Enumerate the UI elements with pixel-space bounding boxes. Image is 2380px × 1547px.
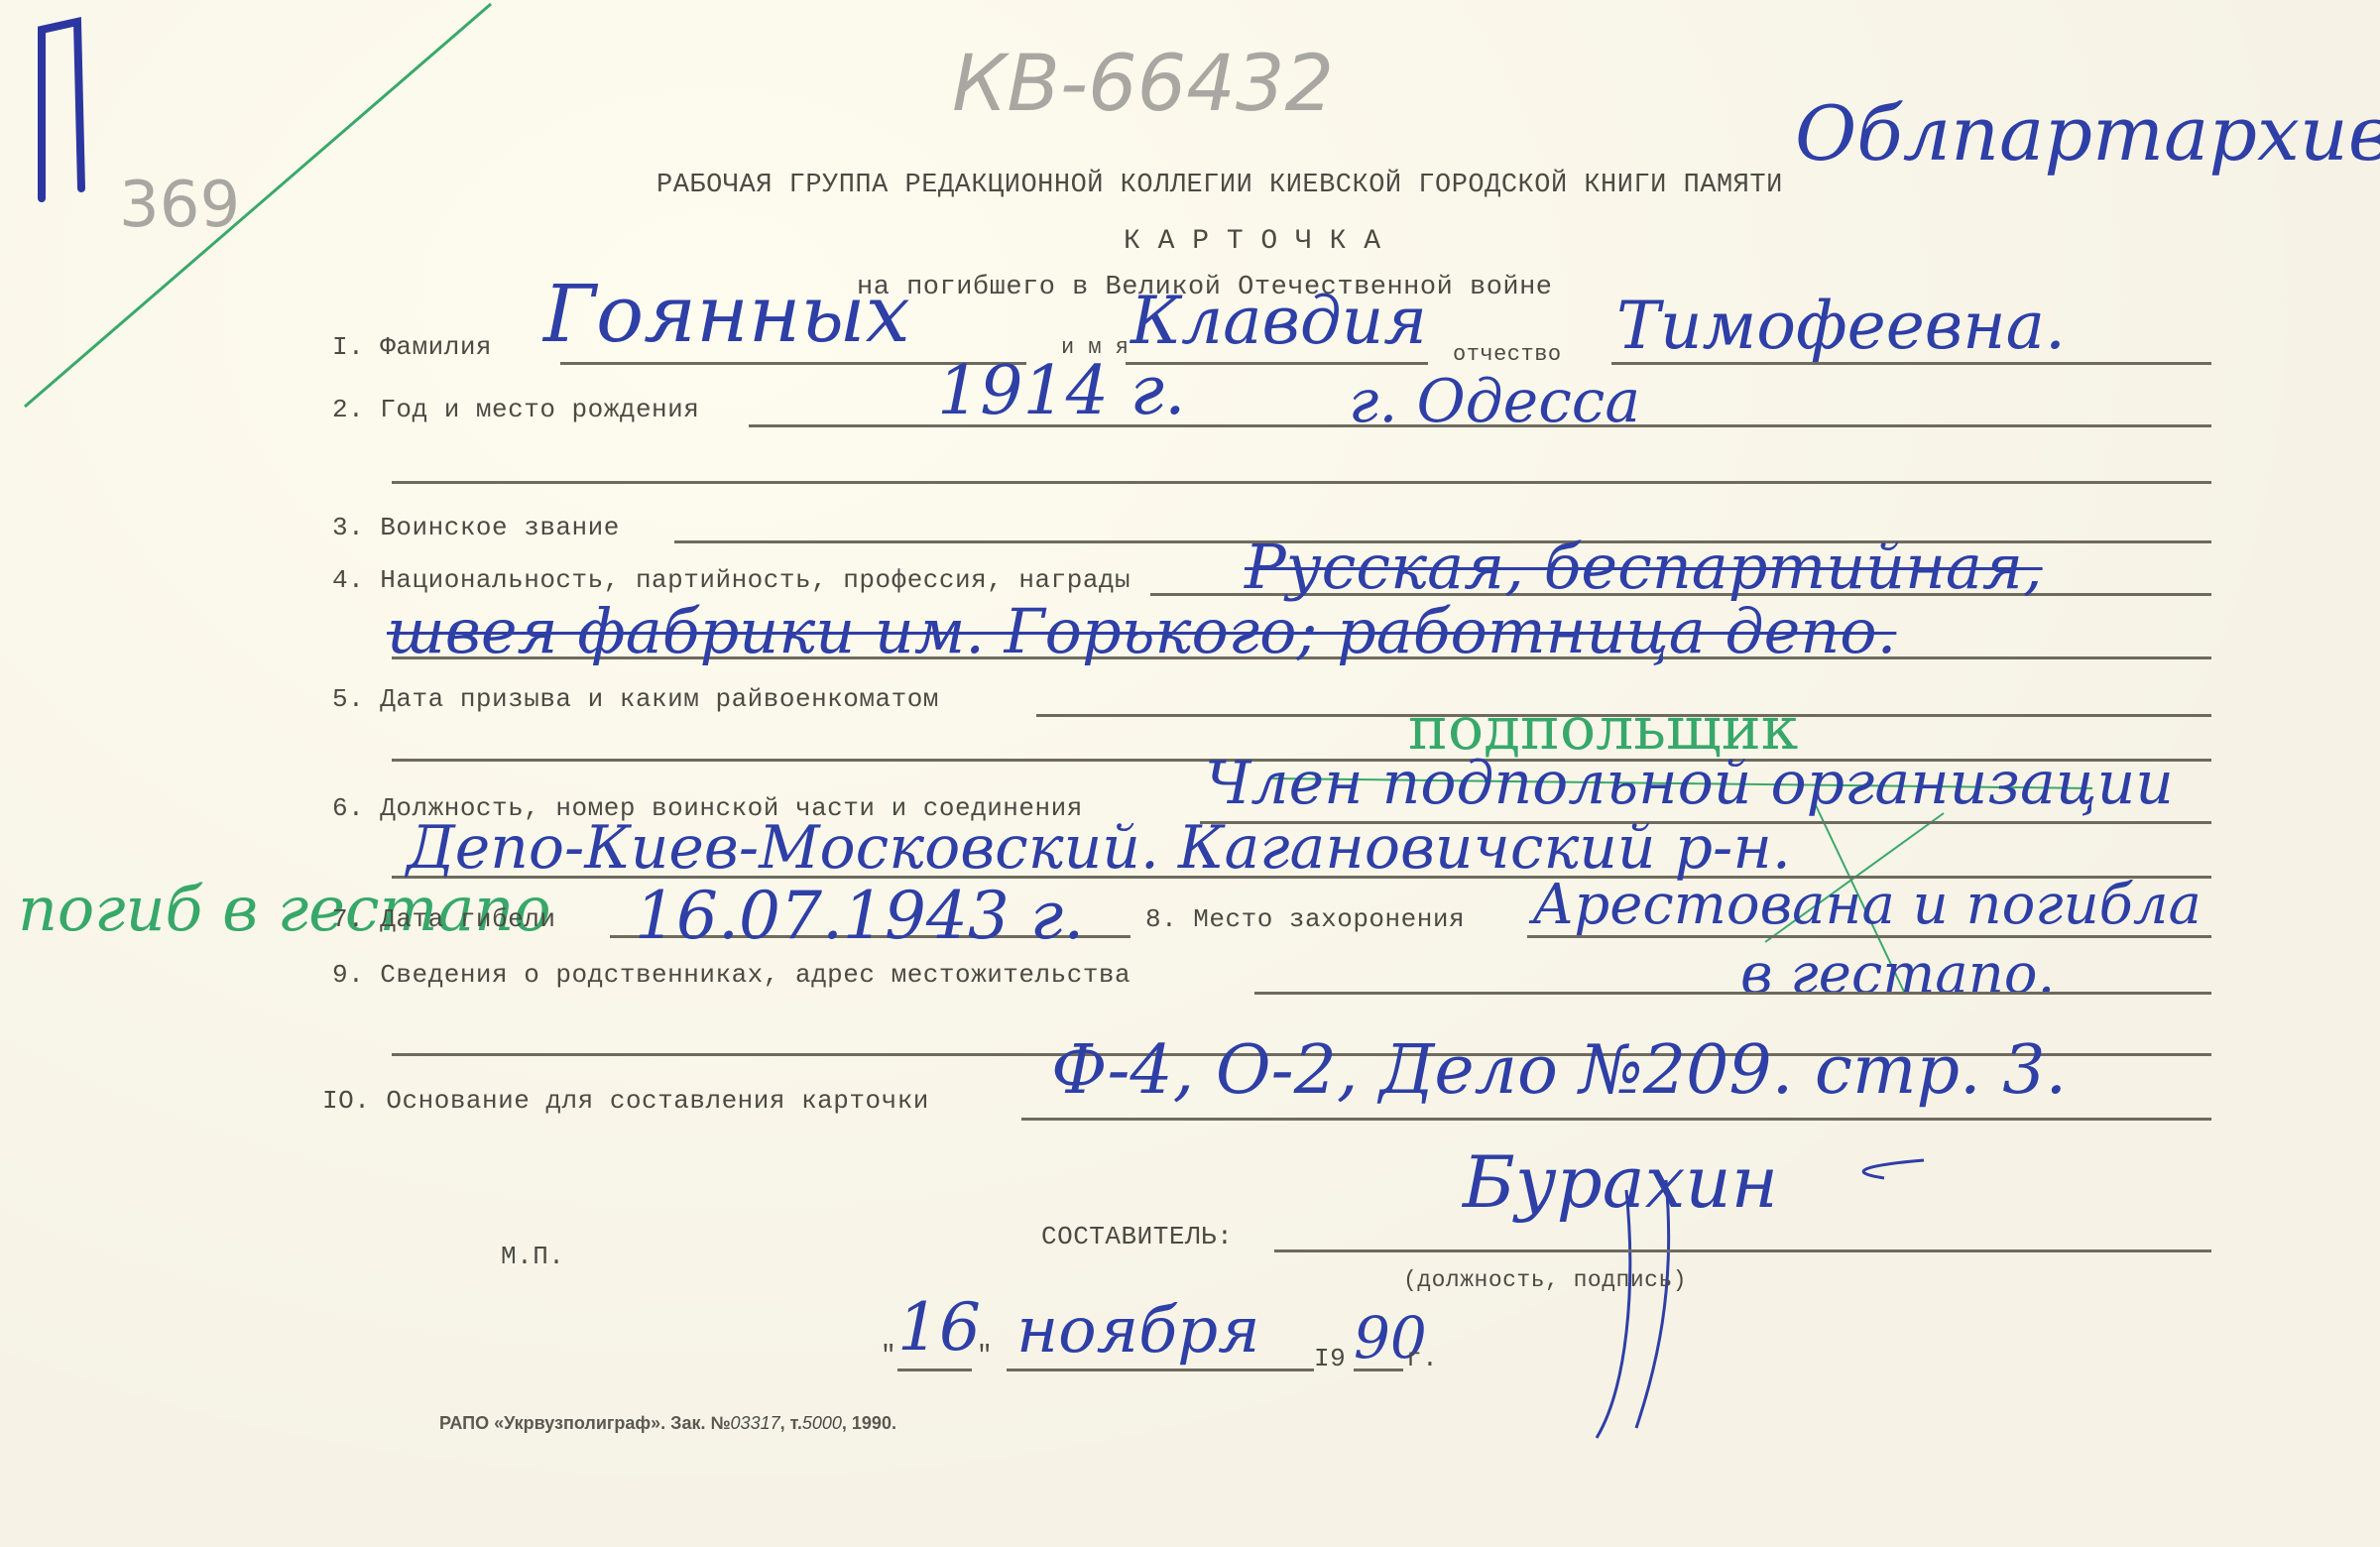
field-birth-label: 2. Год и место рождения <box>332 395 699 424</box>
field-patronymic-label: отчество <box>1453 342 1562 367</box>
birth-line-2 <box>392 481 2211 484</box>
field-rank-label: 3. Воинское звание <box>332 513 620 542</box>
date-year-prefix: I9 <box>1314 1344 1346 1373</box>
date-day-line <box>897 1368 972 1371</box>
stamp-label: М.П. <box>501 1242 564 1271</box>
field-name-value[interactable]: Клавдия <box>1130 283 1427 359</box>
date-suffix: г. <box>1406 1344 1438 1373</box>
field-nationality-line1[interactable]: Русская, беспартийная, <box>1245 531 2043 603</box>
field-surname-label: I. Фамилия <box>332 332 492 362</box>
field-burial-label: 8. Место захоронения <box>1145 904 1465 934</box>
organization-header: РАБОЧАЯ ГРУППА РЕДАКЦИОННОЙ КОЛЛЕГИИ КИЕ… <box>656 171 1783 200</box>
order-number: 03317 <box>731 1413 780 1433</box>
date-day[interactable]: 16 <box>897 1289 981 1366</box>
field-death-date-value[interactable]: 16.07.1943 г. <box>635 878 1084 954</box>
compiler-line <box>1274 1249 2211 1252</box>
printer-imprint: РАПО «Укрвузполиграф». Зак. №03317, т.50… <box>439 1413 896 1434</box>
field-nationality-line2[interactable]: швея фабрики им. Горького; работница деп… <box>387 595 1896 667</box>
archive-source-note: Облпартархив. <box>1795 89 2380 178</box>
basis-line <box>1021 1118 2211 1121</box>
field-birth-year[interactable]: 1914 г. <box>937 352 1186 430</box>
archive-code: КВ-66432 <box>952 40 1334 129</box>
field-position-line1[interactable]: Член подпольной организации <box>1205 749 2174 818</box>
imprint-year: , 1990. <box>842 1413 896 1433</box>
field-burial-line2[interactable]: в гестапо. <box>1740 942 2055 1007</box>
field-basis-value[interactable]: Ф-4, О-2, Дело №209. стр. 3. <box>1051 1031 2067 1110</box>
field-relatives-label: 9. Сведения о родственниках, адрес место… <box>332 960 1130 990</box>
field-birth-place[interactable]: г. Одесса <box>1349 367 1640 436</box>
relatives-line <box>1254 992 2211 995</box>
compiler-signature[interactable]: Бурахин <box>1463 1140 1778 1224</box>
date-month-line <box>1007 1368 1314 1371</box>
field-surname-value[interactable]: Гоянных <box>543 268 910 360</box>
date-month[interactable]: ноября <box>1016 1294 1259 1368</box>
field-patronymic-value[interactable]: Тимофеевна. <box>1616 288 2066 364</box>
pencil-number: 369 <box>119 169 240 242</box>
field-nationality-label: 4. Национальность, партийность, професси… <box>332 565 1130 595</box>
print-run: 5000 <box>802 1413 842 1433</box>
printer-name: РАПО «Укрвузполиграф». Зак. № <box>439 1413 731 1433</box>
field-conscription-label: 5. Дата призыва и каким райвоенкоматом <box>332 684 939 714</box>
compiler-hint: (должность, подпись) <box>1403 1267 1687 1293</box>
field-basis-label: IO. Основание для составления карточки <box>322 1086 929 1116</box>
field-death-date-label: 7. Дата гибели <box>332 904 555 934</box>
field-burial-line1[interactable]: Арестована и погибла <box>1532 873 2201 937</box>
compiler-label: СОСТАВИТЕЛЬ: <box>1041 1222 1233 1251</box>
card-title: К А Р Т О Ч К А <box>1124 226 1381 257</box>
